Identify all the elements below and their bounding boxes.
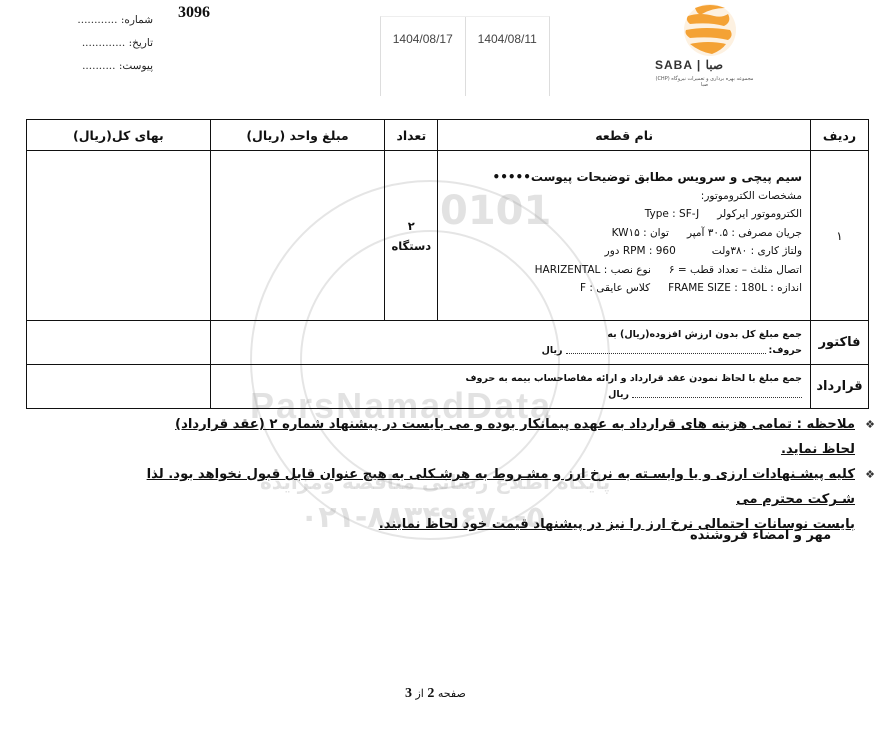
- part-description: سیم پیچی و سرویس مطابق توضیحات پیوست••••…: [438, 151, 811, 321]
- spec-rpm: RPM : 960 دور: [605, 245, 676, 257]
- meta-date-value: .............: [82, 37, 125, 49]
- invoice-currency: ریال: [542, 345, 563, 356]
- contract-currency: ریال: [608, 389, 629, 400]
- meta-date-label: تاریخ:: [129, 37, 153, 49]
- page-prefix: صفحه: [438, 687, 466, 700]
- note-item: ❖ ملاحظه : تمامی هزینه های قرارداد به عه…: [140, 412, 875, 462]
- table-header-row: ردیف نام قطعه تعداد مبلغ واحد (ریال) بها…: [27, 120, 869, 151]
- notes-section: ❖ ملاحظه : تمامی هزینه های قرارداد به عه…: [140, 412, 875, 537]
- quantity-cell: ۲ دستگاه: [385, 151, 438, 321]
- invoice-row: فاکتور جمع مبلغ کل بدون ارزش افزوده(ریال…: [27, 321, 869, 365]
- date-stamp-2: 1404/08/11: [466, 17, 550, 96]
- document-meta: شماره: ............ تاریخ: .............…: [78, 14, 153, 83]
- spec-line: اندازه : FRAME SIZE : 180Lکلاس عایقی : F: [446, 279, 802, 298]
- header-quantity: تعداد: [385, 120, 438, 151]
- page-total: 3: [405, 686, 412, 701]
- meta-attachment-label: پیوست:: [119, 60, 153, 72]
- spec-heading: مشخصات الکتروموتور:: [701, 190, 802, 202]
- spec-power: توان : KW۱۵: [612, 227, 669, 239]
- meta-date: تاریخ: .............: [78, 37, 153, 60]
- header-unit-price: مبلغ واحد (ریال): [210, 120, 385, 151]
- invoice-line1: جمع مبلغ کل بدون ارزش افزوده(ریال) به: [219, 327, 802, 343]
- meta-number: شماره: ............: [78, 14, 153, 37]
- spec-line: جریان مصرفی : ۳۰.۵ آمپرتوان : KW۱۵: [446, 224, 802, 243]
- contract-line1: جمع مبلغ با لحاظ نمودن عقد قرارداد و ارا…: [219, 371, 802, 387]
- date-stamp-box: 1404/08/17 1404/08/11: [380, 16, 550, 96]
- note-text: کلیه پیشـنهادات ارزی و یا وابسـته به نرخ…: [140, 462, 855, 512]
- note-item: ❖ کلیه پیشـنهادات ارزی و یا وابسـته به ن…: [140, 462, 875, 512]
- items-table: ردیف نام قطعه تعداد مبلغ واحد (ریال) بها…: [26, 119, 869, 409]
- header-row-number: ردیف: [811, 120, 869, 151]
- meta-number-value: ............: [77, 14, 117, 26]
- spec-mounting: نوع نصب : HARIZENTAL: [535, 264, 651, 276]
- spec-current: جریان مصرفی : ۳۰.۵ آمپر: [687, 227, 802, 239]
- spec-insulation: کلاس عایقی : F: [580, 282, 650, 294]
- spec-line: الکتروموتور ایرکولرType : SF-J: [446, 205, 802, 224]
- part-title: سیم پیچی و سرویس مطابق توضیحات پیوست••••…: [446, 170, 802, 184]
- diamond-bullet-icon: ❖: [855, 462, 875, 512]
- contract-sum-text: جمع مبلغ با لحاظ نمودن عقد قرارداد و ارا…: [210, 365, 810, 409]
- invoice-words-field[interactable]: [566, 346, 766, 354]
- contract-label: قرارداد: [811, 365, 869, 409]
- total-price-cell[interactable]: [27, 151, 211, 321]
- spec-line: ولتاژ کاری : ۳۸۰ولتRPM : 960 دور: [446, 242, 802, 261]
- date-stamp-1: 1404/08/17: [381, 17, 466, 96]
- contract-words-field[interactable]: [632, 390, 802, 398]
- spec-connection: اتصال مثلث – تعداد قطب = ۶: [669, 264, 802, 276]
- document-number: 3096: [178, 4, 210, 22]
- spec-line: مشخصات الکتروموتور:: [446, 187, 802, 206]
- unit-price-cell[interactable]: [210, 151, 385, 321]
- logo-name-en: SABA: [655, 58, 693, 72]
- meta-attachment-value: ..........: [82, 60, 115, 72]
- page-current: 2: [427, 686, 434, 701]
- spec-frame-size: اندازه : FRAME SIZE : 180L: [668, 282, 802, 294]
- table-row: ۱ سیم پیچی و سرویس مطابق توضیحات پیوست••…: [27, 151, 869, 321]
- invoice-sum-text: جمع مبلغ کل بدون ارزش افزوده(ریال) به حر…: [210, 321, 810, 365]
- note-text: ملاحظه : تمامی هزینه های قرارداد به عهده…: [140, 412, 855, 462]
- spec-motor: الکتروموتور ایرکولر: [717, 208, 802, 220]
- page-sep: از: [416, 687, 424, 700]
- spec-line: اتصال مثلث – تعداد قطب = ۶نوع نصب : HARI…: [446, 261, 802, 280]
- contract-line2: ریال: [219, 387, 802, 403]
- contract-row: قرارداد جمع مبلغ با لحاظ نمودن عقد قرارد…: [27, 365, 869, 409]
- invoice-words-label: حروف:: [769, 345, 803, 356]
- logo-name-fa: صبا: [706, 58, 723, 72]
- row-number: ۱: [811, 151, 869, 321]
- header-total-price: بهای کل(ریال): [27, 120, 211, 151]
- logo-subtitle: مجموعه بهره برداری و تعمیرات نیروگاه (CH…: [652, 76, 757, 88]
- meta-number-label: شماره:: [121, 14, 153, 26]
- header-part-name: نام قطعه: [438, 120, 811, 151]
- invoice-total-cell[interactable]: [27, 321, 211, 365]
- meta-attachment: پیوست: ..........: [78, 60, 153, 83]
- quantity-unit: دستگاه: [385, 236, 437, 256]
- spec-type: Type : SF-J: [645, 208, 700, 220]
- page-number: صفحه 2 از 3: [405, 686, 466, 702]
- contract-total-cell[interactable]: [27, 365, 211, 409]
- quantity-number: ۲: [385, 216, 437, 236]
- diamond-bullet-icon: ❖: [855, 412, 875, 462]
- invoice-line2: حروف:ریال: [219, 343, 802, 359]
- spec-voltage: ولتاژ کاری : ۳۸۰ولت: [712, 245, 802, 257]
- invoice-label: فاکتور: [811, 321, 869, 365]
- logo-text: SABA | صبا: [655, 58, 723, 72]
- seller-signature-label: مهر و امضاء فروشنده: [690, 528, 831, 543]
